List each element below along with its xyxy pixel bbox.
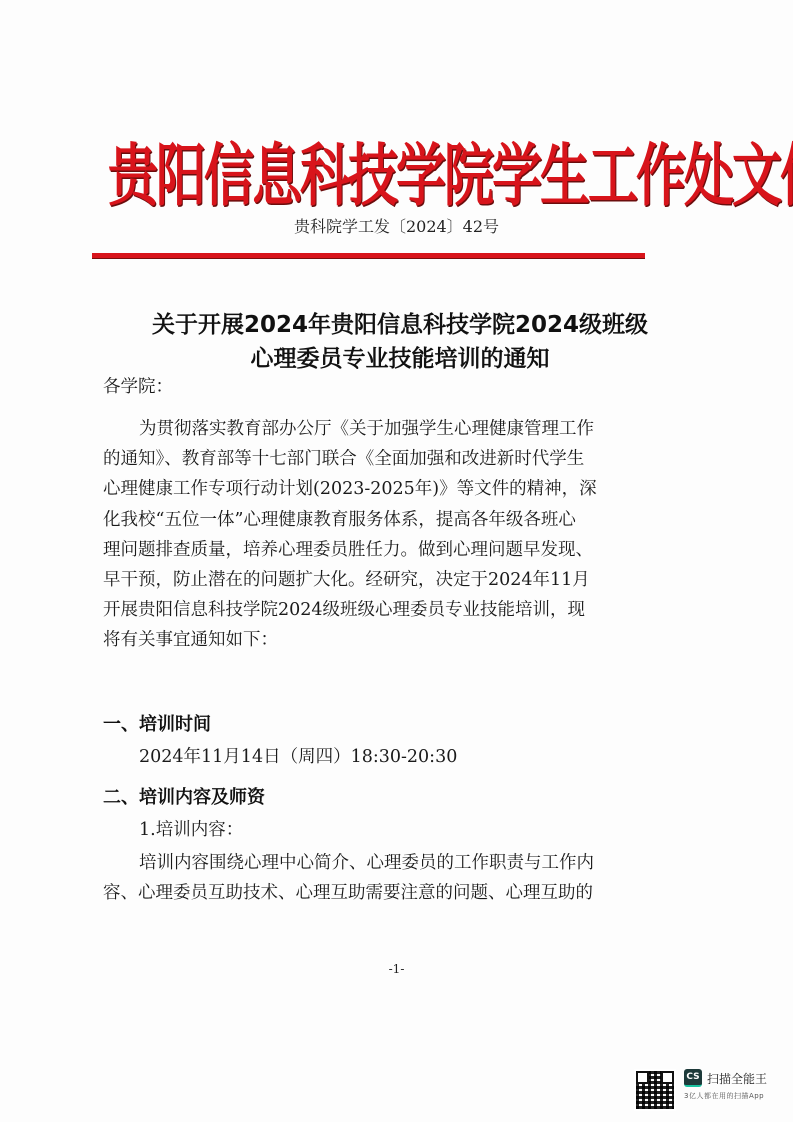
notice-title-line-2: 心理委员专业技能培训的通知 bbox=[100, 340, 700, 373]
subheading-content: 1.培训内容： bbox=[103, 815, 699, 845]
camscanner-tagline: 3亿人都在用的扫描App bbox=[684, 1091, 767, 1101]
qr-code-icon bbox=[634, 1069, 676, 1111]
section-heading-content: 二、培训内容及师资 bbox=[103, 783, 265, 809]
document-page: 贵阳信息科技学院学生工作处文件 贵科院学工发〔2024〕42号 关于开展2024… bbox=[0, 0, 793, 1122]
section-heading-time: 一、培训时间 bbox=[103, 710, 211, 736]
intro-line: 理问题排查质量，培养心理委员胜任力。做到心理问题早发现、 bbox=[103, 535, 663, 565]
intro-line: 早干预，防止潜在的问题扩大化。经研究，决定于2024年11月 bbox=[103, 565, 663, 595]
masthead-title: 贵阳信息科技学院学生工作处文件 bbox=[108, 122, 648, 219]
content-paragraph: 培训内容围绕心理中心简介、心理委员的工作职责与工作内 容、心理委员互助技术、心理… bbox=[103, 848, 663, 908]
intro-line: 的通知》、教育部等十七部门联合《全面加强和改进新时代学生 bbox=[103, 444, 663, 474]
intro-line: 开展贵阳信息科技学院2024级班级心理委员专业技能培训，现 bbox=[103, 595, 663, 625]
page-number: -1- bbox=[0, 962, 793, 976]
intro-paragraph: 为贯彻落实教育部办公厅《关于加强学生心理健康管理工作 的通知》、教育部等十七部门… bbox=[103, 414, 663, 656]
notice-title-line-1: 关于开展2024年贵阳信息科技学院2024级班级 bbox=[100, 306, 700, 339]
camscanner-app-name: 扫描全能王 bbox=[707, 1070, 767, 1087]
camscanner-watermark: CS 扫描全能王 3亿人都在用的扫描App bbox=[634, 1069, 767, 1111]
camscanner-logo-icon: CS bbox=[684, 1069, 702, 1087]
intro-line: 化我校“五位一体”心理健康教育服务体系，提高各年级各班心 bbox=[103, 505, 663, 535]
content-line: 容、心理委员互助技术、心理互助需要注意的问题、心理互助的 bbox=[103, 878, 663, 908]
red-divider bbox=[92, 253, 645, 259]
intro-line: 将有关事宜通知如下： bbox=[103, 625, 663, 655]
content-line: 培训内容围绕心理中心简介、心理委员的工作职责与工作内 bbox=[103, 848, 663, 878]
training-time: 2024年11月14日（周四）18:30-20:30 bbox=[103, 742, 699, 772]
intro-line: 为贯彻落实教育部办公厅《关于加强学生心理健康管理工作 bbox=[103, 414, 663, 444]
document-number: 贵科院学工发〔2024〕42号 bbox=[0, 214, 793, 237]
intro-line: 心理健康工作专项行动计划(2023-2025年)》等文件的精神，深 bbox=[103, 474, 663, 504]
salutation: 各学院： bbox=[103, 372, 663, 402]
